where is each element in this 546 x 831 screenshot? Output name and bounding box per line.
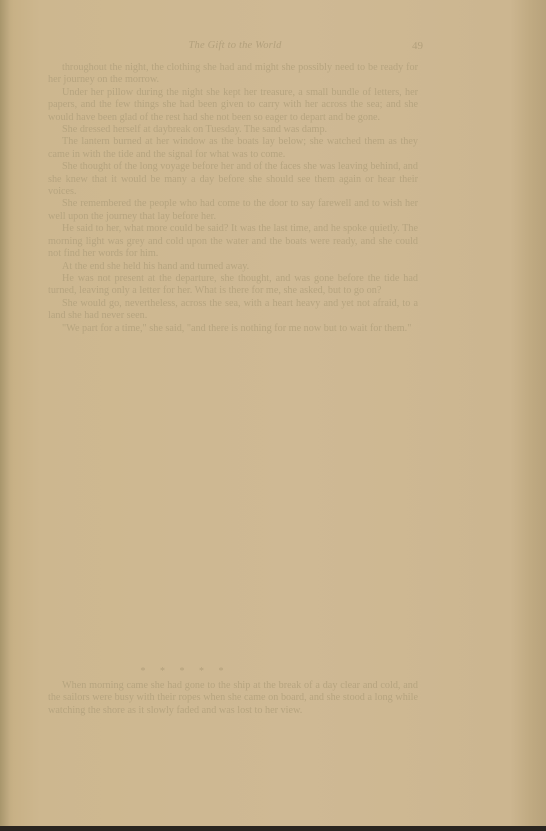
running-title: The Gift to the World [160,40,310,51]
closing-text: When morning came she had gone to the sh… [48,680,418,717]
paragraph: throughout the night, the clothing she h… [48,62,418,87]
page-bottom-edge [0,826,546,831]
paragraph: At the end she held his hand and turned … [48,261,418,273]
book-page: The Gift to the World 49 throughout the … [0,0,546,831]
paragraph: When morning came she had gone to the sh… [48,680,418,717]
paragraph: He said to her, what more could be said?… [48,223,418,260]
body-text: throughout the night, the clothing she h… [48,62,418,335]
paragraph: Under her pillow during the night she ke… [48,87,418,124]
page-number: 49 [412,40,423,52]
page-gutter [0,0,10,831]
paragraph: She thought of the long voyage before he… [48,161,418,198]
paragraph: She remembered the people who had come t… [48,198,418,223]
paragraph: She would go, nevertheless, across the s… [48,298,418,323]
section-divider: * * * * * [90,666,280,670]
paragraph: "We part for a time," she said, "and the… [48,323,418,335]
paragraph: He was not present at the departure, she… [48,273,418,298]
paragraph: The lantern burned at her window as the … [48,136,418,161]
paragraph: She dressed herself at daybreak on Tuesd… [48,124,418,136]
page-header: The Gift to the World 49 [0,40,546,56]
